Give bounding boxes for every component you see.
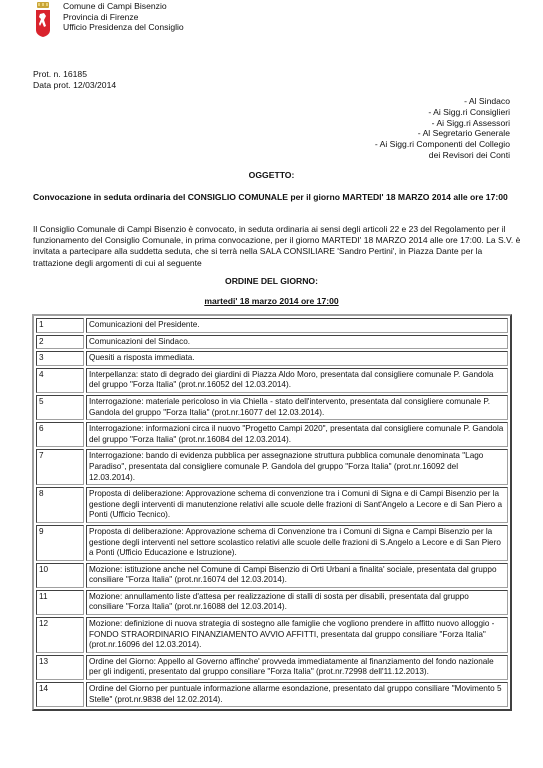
agenda-item-text: Mozione: definizione di nuova strategia … bbox=[86, 617, 508, 653]
table-row: 11Mozione: annullamento liste d'attesa p… bbox=[36, 590, 508, 615]
table-row: 2Comunicazioni del Sindaco. bbox=[36, 335, 508, 350]
agenda-item-text: Ordine del Giorno per puntuale informazi… bbox=[86, 682, 508, 707]
agenda-item-number: 6 bbox=[36, 422, 84, 447]
agenda-item-text: Mozione: annullamento liste d'attesa per… bbox=[86, 590, 508, 615]
recipient: - Al Segretario Generale bbox=[375, 128, 510, 139]
table-row: 4Interpellanza: stato di degrado dei gia… bbox=[36, 368, 508, 393]
letterhead: Comune di Campi Bisenzio Provincia di Fi… bbox=[63, 1, 184, 33]
agenda-item-text: Proposta di deliberazione: Approvazione … bbox=[86, 487, 508, 523]
recipient: - Al Sindaco bbox=[375, 96, 510, 107]
agenda-item-number: 14 bbox=[36, 682, 84, 707]
coat-of-arms-icon bbox=[35, 2, 51, 38]
agenda-item-text: Comunicazioni del Sindaco. bbox=[86, 335, 508, 350]
agenda-item-number: 11 bbox=[36, 590, 84, 615]
table-row: 13Ordine del Giorno: Appello al Governo … bbox=[36, 655, 508, 680]
agenda-item-number: 1 bbox=[36, 318, 84, 333]
table-row: 10Mozione: istituzione anche nel Comune … bbox=[36, 563, 508, 588]
table-row: 5Interrogazione: materiale pericoloso in… bbox=[36, 395, 508, 420]
table-row: 1Comunicazioni del Presidente. bbox=[36, 318, 508, 333]
agenda-item-number: 5 bbox=[36, 395, 84, 420]
table-row: 7Interrogazione: bando di evidenza pubbl… bbox=[36, 449, 508, 485]
agenda-item-number: 13 bbox=[36, 655, 84, 680]
table-row: 3Quesiti a risposta immediata. bbox=[36, 351, 508, 366]
agenda-table: 1Comunicazioni del Presidente.2Comunicaz… bbox=[32, 314, 512, 711]
protocol-number: Prot. n. 16185 bbox=[33, 69, 116, 80]
agenda-item-number: 2 bbox=[36, 335, 84, 350]
office-name: Ufficio Presidenza del Consiglio bbox=[63, 22, 184, 33]
recipient: - Ai Sigg.ri Componenti del Collegio bbox=[375, 139, 510, 150]
agenda-item-number: 9 bbox=[36, 525, 84, 561]
agenda-item-number: 4 bbox=[36, 368, 84, 393]
agenda-date: martedi' 18 marzo 2014 ore 17:00 bbox=[0, 296, 543, 306]
body-paragraph: Il Consiglio Comunale di Campi Bisenzio … bbox=[33, 224, 523, 269]
agenda-item-text: Ordine del Giorno: Appello al Governo af… bbox=[86, 655, 508, 680]
table-row: 6Interrogazione: informazioni circa il n… bbox=[36, 422, 508, 447]
agenda-item-text: Mozione: istituzione anche nel Comune di… bbox=[86, 563, 508, 588]
agenda-item-number: 3 bbox=[36, 351, 84, 366]
agenda-item-text: Proposta di deliberazione: Approvazione … bbox=[86, 525, 508, 561]
agenda-item-text: Comunicazioni del Presidente. bbox=[86, 318, 508, 333]
recipients-list: - Al Sindaco - Ai Sigg.ri Consiglieri - … bbox=[375, 96, 510, 161]
agenda-item-text: Interpellanza: stato di degrado dei giar… bbox=[86, 368, 508, 393]
subject-text: Convocazione in seduta ordinaria del CON… bbox=[33, 192, 513, 203]
agenda-item-number: 7 bbox=[36, 449, 84, 485]
agenda-item-number: 10 bbox=[36, 563, 84, 588]
agenda-item-text: Interrogazione: bando di evidenza pubbli… bbox=[86, 449, 508, 485]
recipient: dei Revisori dei Conti bbox=[375, 150, 510, 161]
agenda-title: ORDINE DEL GIORNO: bbox=[0, 276, 543, 286]
protocol-info: Prot. n. 16185 Data prot. 12/03/2014 bbox=[33, 69, 116, 90]
subject-label: OGGETTO: bbox=[0, 170, 543, 180]
agenda-item-text: Quesiti a risposta immediata. bbox=[86, 351, 508, 366]
table-row: 12Mozione: definizione di nuova strategi… bbox=[36, 617, 508, 653]
protocol-date: Data prot. 12/03/2014 bbox=[33, 80, 116, 91]
municipality-name: Comune di Campi Bisenzio bbox=[63, 1, 184, 12]
agenda-item-number: 8 bbox=[36, 487, 84, 523]
agenda-item-number: 12 bbox=[36, 617, 84, 653]
agenda-item-text: Interrogazione: materiale pericoloso in … bbox=[86, 395, 508, 420]
table-row: 8Proposta di deliberazione: Approvazione… bbox=[36, 487, 508, 523]
province-name: Provincia di Firenze bbox=[63, 12, 184, 23]
recipient: - Ai Sigg.ri Assessori bbox=[375, 118, 510, 129]
table-row: 9Proposta di deliberazione: Approvazione… bbox=[36, 525, 508, 561]
agenda-item-text: Interrogazione: informazioni circa il nu… bbox=[86, 422, 508, 447]
table-row: 14Ordine del Giorno per puntuale informa… bbox=[36, 682, 508, 707]
recipient: - Ai Sigg.ri Consiglieri bbox=[375, 107, 510, 118]
